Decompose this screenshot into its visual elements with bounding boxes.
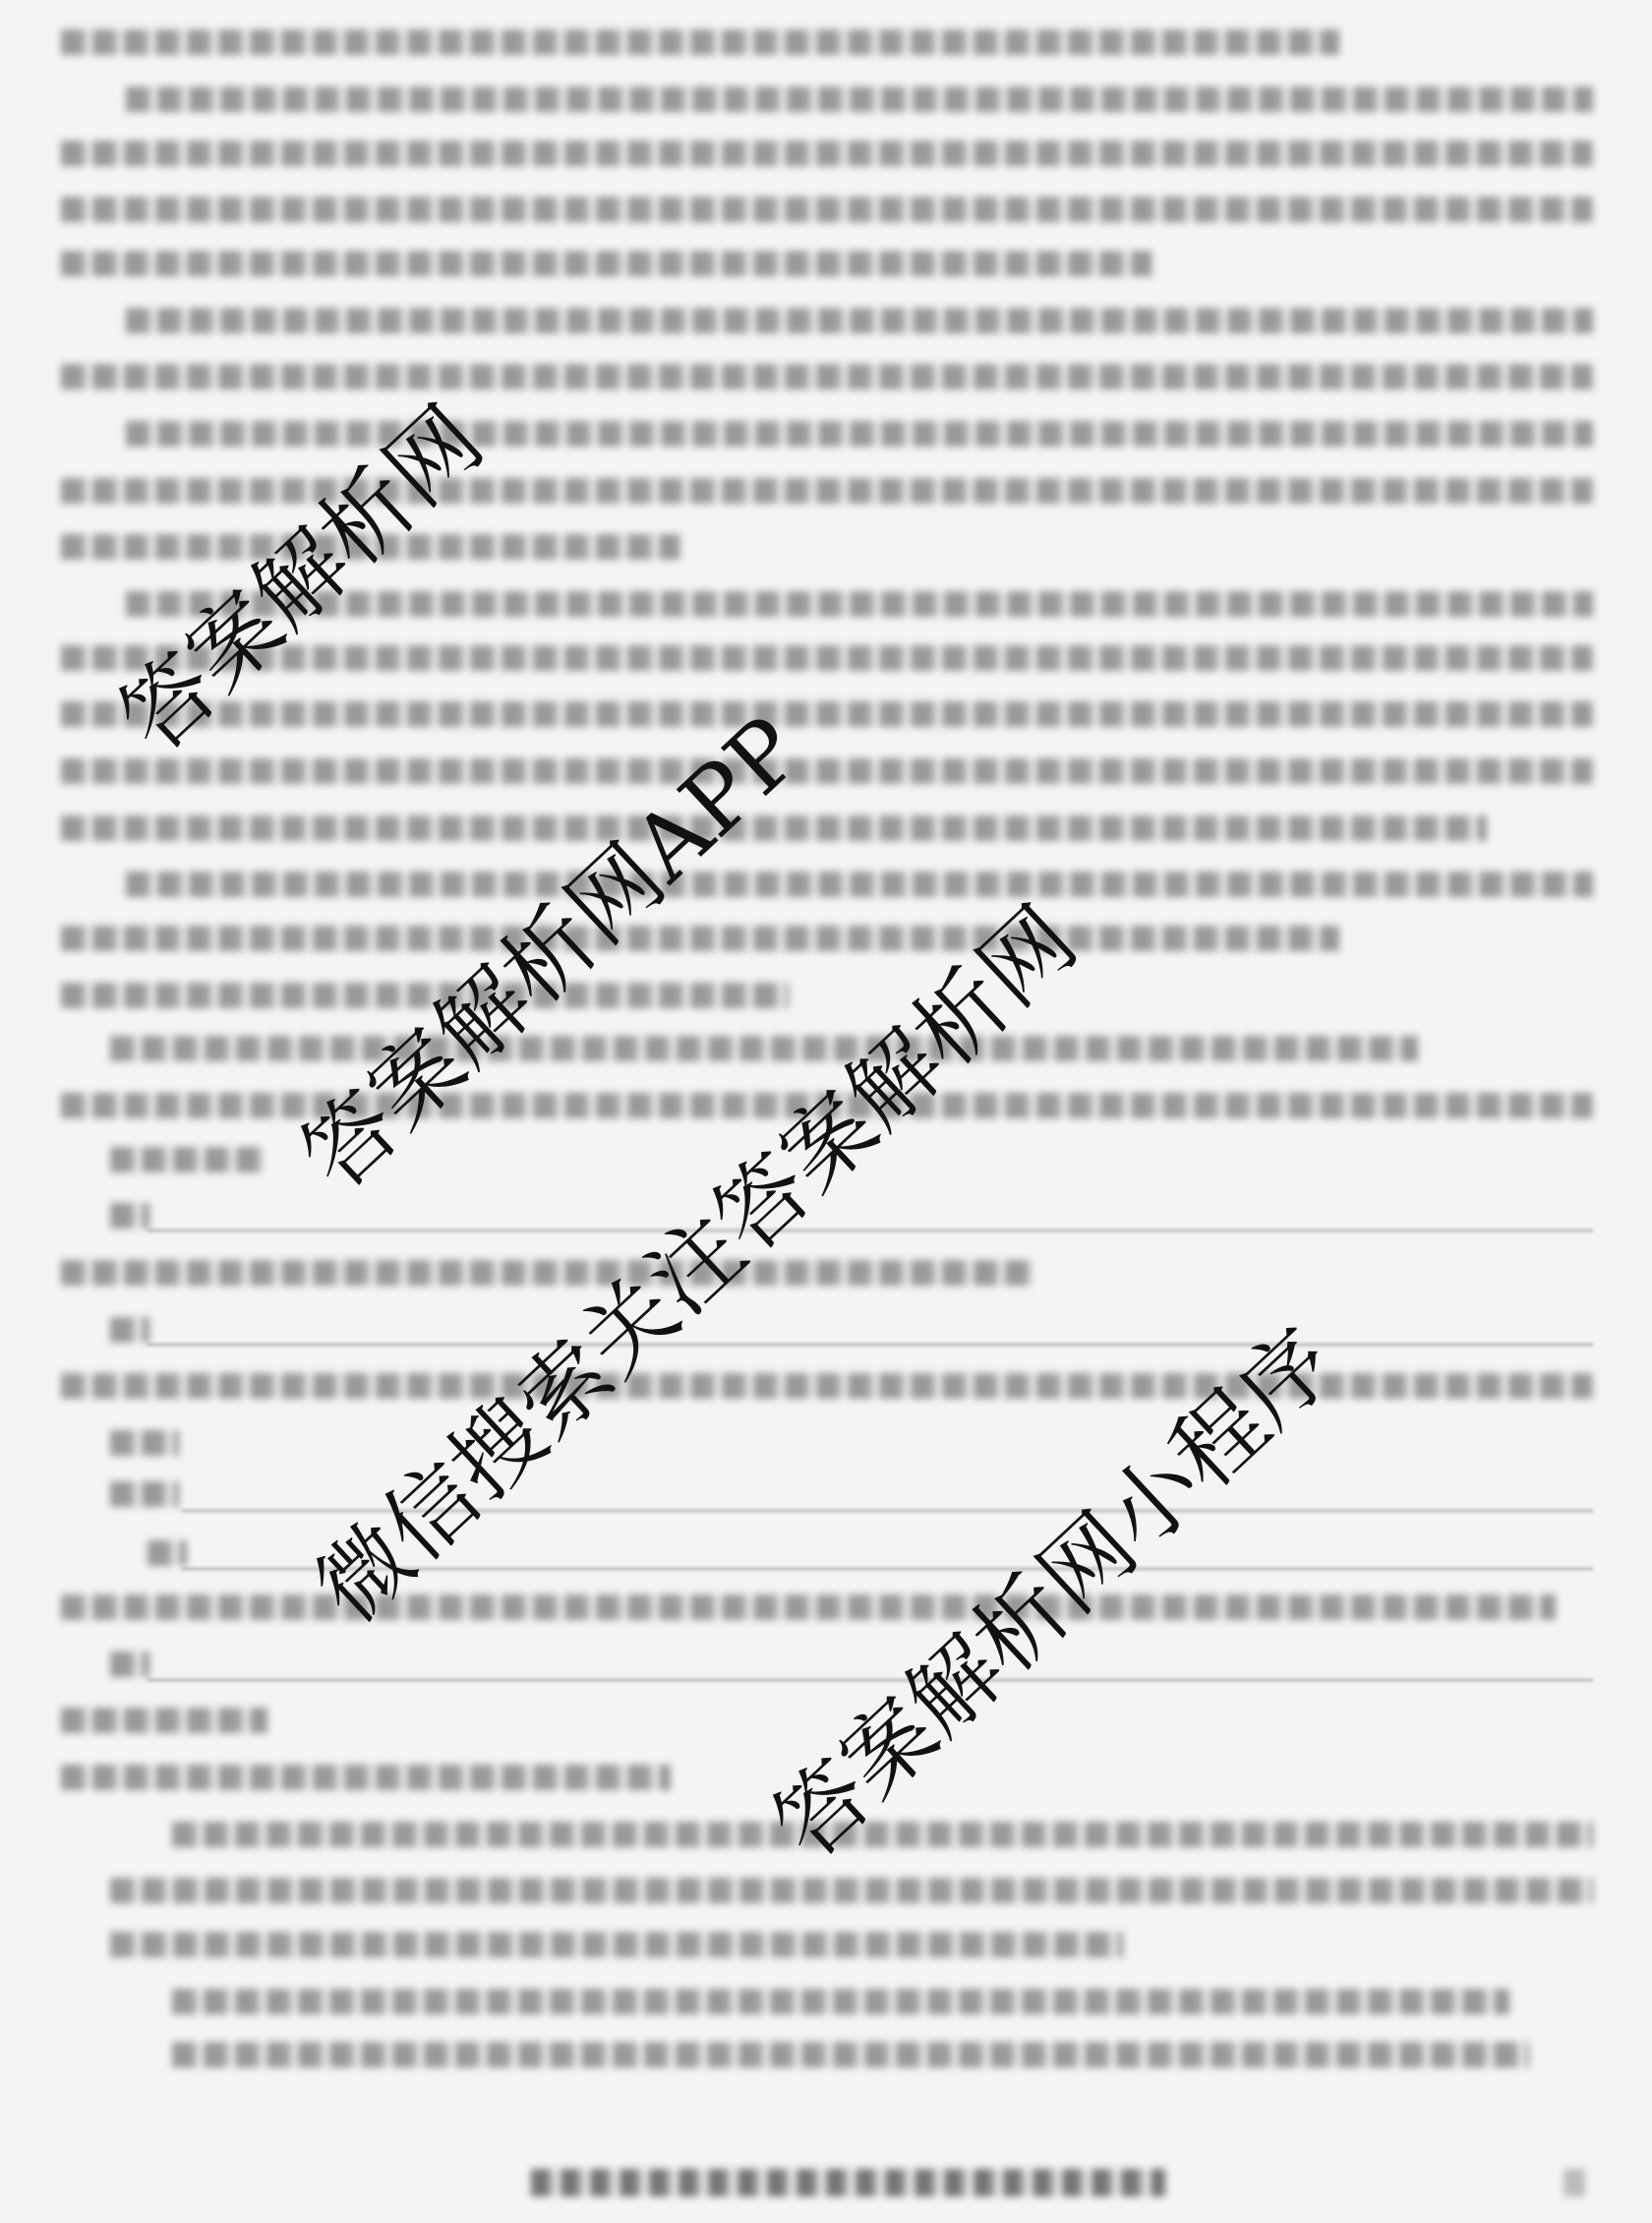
blurred-text-line <box>172 2042 1529 2068</box>
page-footer <box>531 2169 1165 2196</box>
blurred-text-line <box>61 1373 1593 1399</box>
blurred-text <box>61 478 1593 504</box>
blurred-text <box>61 701 1593 727</box>
blurred-text-line <box>126 871 1593 897</box>
blurred-text <box>110 1036 1418 1061</box>
blurred-text-line <box>61 1260 1034 1286</box>
blurred-text <box>61 251 1152 276</box>
blurred-text-line <box>110 1203 149 1229</box>
blurred-text <box>110 1932 1123 1957</box>
blurred-text-line <box>126 87 1593 112</box>
blurred-text-line <box>61 478 1593 504</box>
blurred-text-line <box>110 1878 1593 1903</box>
blurred-text-line <box>110 1652 149 1677</box>
blurred-text <box>126 308 1593 333</box>
answer-underline <box>147 1679 1593 1681</box>
blurred-text-line <box>61 197 1593 222</box>
exam-page: 答案解析网答案解析网APP微信搜索关注答案解析网答案解析网小程序 <box>0 0 1652 2223</box>
blurred-text <box>61 141 1593 166</box>
blurred-text <box>61 758 1593 784</box>
blurred-text-line <box>61 141 1593 166</box>
blurred-text-line <box>110 1147 267 1172</box>
blurred-text-line <box>61 1594 1556 1620</box>
blurred-text-line <box>61 815 1487 841</box>
blurred-text <box>110 1878 1593 1903</box>
blurred-text-line <box>110 1932 1123 1957</box>
blurred-text <box>61 364 1593 390</box>
blurred-text <box>61 30 1339 55</box>
blurred-text-line <box>61 30 1339 55</box>
blurred-text-line <box>110 1317 149 1343</box>
blurred-text-line <box>110 1481 179 1507</box>
blurred-text <box>61 1373 1593 1399</box>
blurred-text <box>110 1317 149 1343</box>
blurred-text <box>61 1765 671 1790</box>
blurred-text-line <box>61 701 1593 727</box>
blurred-text <box>61 197 1593 222</box>
footer-text <box>531 2169 1165 2196</box>
blurred-text <box>61 926 1339 951</box>
blurred-text <box>110 1481 179 1507</box>
page-number <box>1563 2169 1585 2196</box>
blurred-text <box>172 2042 1529 2068</box>
blurred-text-line <box>61 251 1152 276</box>
blurred-text <box>126 87 1593 112</box>
blurred-text <box>126 871 1593 897</box>
answer-underline <box>147 1230 1593 1232</box>
blurred-text <box>147 1540 187 1566</box>
blurred-text-line <box>110 1430 179 1456</box>
blurred-text-line <box>61 1765 671 1790</box>
blurred-text-line <box>61 364 1593 390</box>
blurred-text <box>61 1260 1034 1286</box>
blurred-text-line <box>172 1989 1509 2014</box>
blurred-text <box>61 1708 267 1733</box>
blurred-text-line <box>147 1540 187 1566</box>
blurred-text <box>110 1430 179 1456</box>
blurred-text <box>110 1203 149 1229</box>
blurred-text-line <box>61 926 1339 951</box>
blurred-text <box>110 1652 149 1677</box>
blurred-text-line <box>61 758 1593 784</box>
blurred-text-line <box>126 308 1593 333</box>
answer-underline <box>147 1344 1593 1346</box>
blurred-text <box>126 421 1593 447</box>
blurred-text <box>110 1147 267 1172</box>
blurred-text <box>61 1594 1556 1620</box>
blurred-text-line <box>61 1708 267 1733</box>
blurred-text <box>172 1989 1509 2014</box>
blurred-text-line <box>110 1036 1418 1061</box>
blurred-text-line <box>126 421 1593 447</box>
blurred-text <box>61 815 1487 841</box>
